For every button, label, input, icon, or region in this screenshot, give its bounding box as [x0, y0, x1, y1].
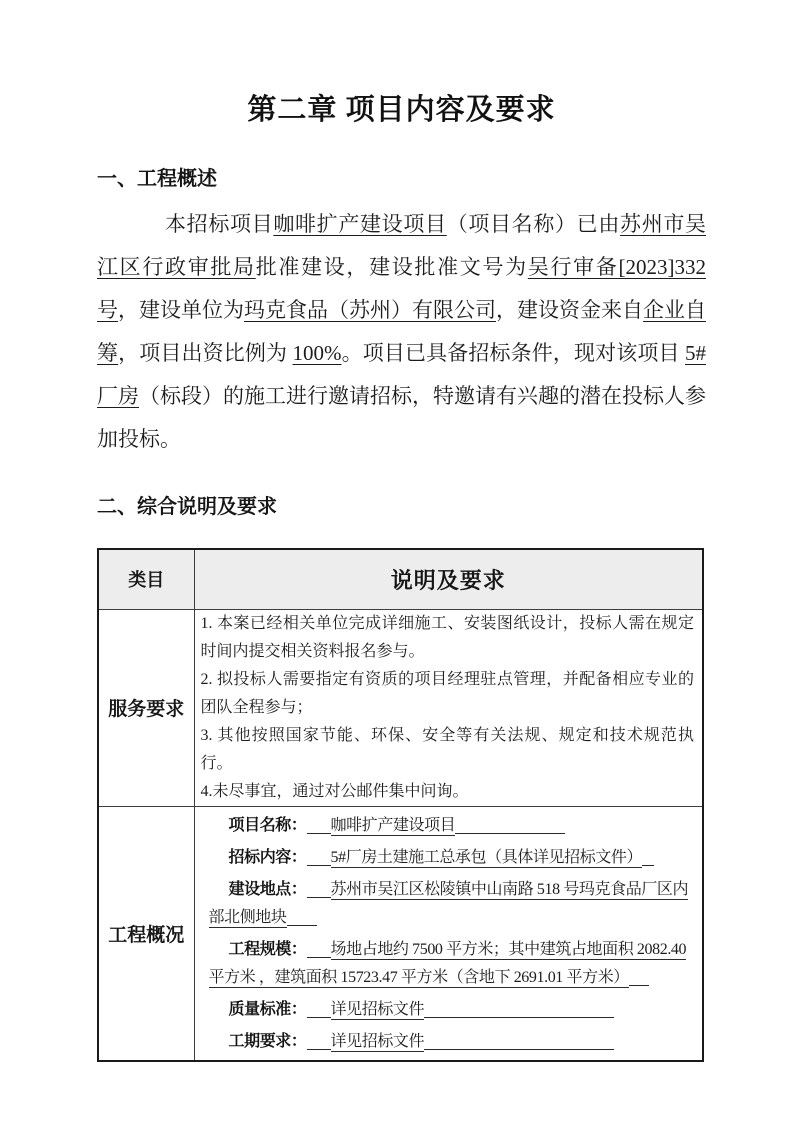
- table-header-category: 类目: [98, 549, 194, 609]
- underline-tail: [642, 849, 654, 866]
- profile-field: 建设地点：苏州市吴江区松陵镇中山南路 518 号玛克食品厂区内部北侧地块: [209, 876, 695, 932]
- paragraph-text: 。项目已具备招标条件，现对该项目: [342, 341, 686, 365]
- field-label: 建设地点：: [229, 881, 307, 898]
- service-requirements-cell: 1. 本案已经相关单位完成详细施工、安装图纸设计，投标人需在规定时间内提交相关资…: [194, 609, 703, 806]
- profile-field: 招标内容：5#厂房土建施工总承包（具体详见招标文件）: [209, 844, 695, 872]
- underline-tail: [424, 1033, 614, 1050]
- profile-field: 质量标准：详见招标文件: [209, 996, 695, 1024]
- table-header-row: 类目 说明及要求: [98, 549, 703, 609]
- field-label: 招标内容：: [229, 849, 307, 866]
- section-heading-general-requirements: 二、综合说明及要求: [97, 495, 706, 519]
- underline-gap: [307, 1001, 331, 1018]
- overview-paragraph: 本招标项目咖啡扩产建设项目（项目名称）已由苏州市吴江区行政审批局批准建设，建设批…: [97, 203, 706, 461]
- service-requirements-list: 1. 本案已经相关单位完成详细施工、安装图纸设计，投标人需在规定时间内提交相关资…: [201, 610, 695, 806]
- service-requirement-item: 3. 其他按照国家节能、环保、安全等有关法规、规定和技术规范执行。: [201, 722, 695, 778]
- profile-field: 工程规模：场地占地约 7500 平方米；其中建筑占地面积 2082.40 平方米…: [209, 936, 695, 992]
- page-title: 第二章 项目内容及要求: [97, 88, 706, 132]
- field-value: 咖啡扩产建设项目: [331, 817, 456, 836]
- field-label: 工期要求：: [229, 1033, 307, 1050]
- service-requirement-item: 1. 本案已经相关单位完成详细施工、安装图纸设计，投标人需在规定时间内提交相关资…: [201, 610, 695, 666]
- section-heading-project-overview: 一、工程概述: [97, 167, 706, 191]
- field-value: 5#厂房土建施工总承包（具体详见招标文件）: [331, 849, 643, 868]
- underline-gap: [307, 1033, 331, 1050]
- underline-tail: [424, 1001, 614, 1018]
- field-value: 详见招标文件: [331, 1001, 425, 1020]
- profile-field: 项目名称：咖啡扩产建设项目: [209, 812, 695, 840]
- category-cell-service: 服务要求: [98, 609, 194, 806]
- underlined-value: 咖啡扩产建设项目: [273, 212, 446, 236]
- field-label: 项目名称：: [229, 817, 307, 834]
- paragraph-text: （标段）的施工进行邀请招标，特邀请有兴趣的潜在投标人参加投标。: [97, 384, 706, 451]
- service-requirement-item: 2. 拟投标人需要指定有资质的项目经理驻点管理，并配备相应专业的团队全程参与；: [201, 666, 695, 722]
- project-profile-cell: 项目名称：咖啡扩产建设项目招标内容：5#厂房土建施工总承包（具体详见招标文件）建…: [194, 806, 703, 1061]
- underline-gap: [307, 817, 331, 834]
- category-cell-profile: 工程概况: [98, 806, 194, 1061]
- profile-field: 工期要求：详见招标文件: [209, 1028, 695, 1056]
- field-label: 质量标准：: [229, 1001, 307, 1018]
- requirements-table: 类目 说明及要求 服务要求 1. 本案已经相关单位完成详细施工、安装图纸设计，投…: [97, 548, 704, 1062]
- underline-gap: [307, 849, 331, 866]
- page-content: 第二章 项目内容及要求 一、工程概述 本招标项目咖啡扩产建设项目（项目名称）已由…: [0, 0, 800, 1062]
- paragraph-text: ，建设资金来自: [496, 298, 643, 322]
- underlined-value: 玛克食品（苏州）有限公司: [244, 298, 496, 322]
- underline-gap: [307, 881, 331, 898]
- paragraph-text: 批准建设，建设批准文号为: [256, 255, 528, 279]
- service-requirement-item: 4.未尽事宜，通过对公邮件集中问询。: [201, 778, 695, 806]
- field-label: 工程规模：: [229, 941, 307, 958]
- table-header-description: 说明及要求: [194, 549, 703, 609]
- document-page: 第二章 项目内容及要求 一、工程概述 本招标项目咖啡扩产建设项目（项目名称）已由…: [0, 0, 800, 1131]
- underline-gap: [307, 941, 331, 958]
- paragraph-text: （项目名称）已由: [447, 212, 620, 236]
- table-row-project-profile: 工程概况 项目名称：咖啡扩产建设项目招标内容：5#厂房土建施工总承包（具体详见招…: [98, 806, 703, 1061]
- paragraph-text: ，建设单位为: [118, 298, 244, 322]
- underline-tail: [455, 817, 565, 834]
- underlined-value: 100%: [293, 341, 342, 365]
- table-row-service-requirements: 服务要求 1. 本案已经相关单位完成详细施工、安装图纸设计，投标人需在规定时间内…: [98, 609, 703, 806]
- field-value: 详见招标文件: [331, 1033, 425, 1052]
- project-profile-fields: 项目名称：咖啡扩产建设项目招标内容：5#厂房土建施工总承包（具体详见招标文件）建…: [209, 812, 695, 1056]
- underline-tail: [629, 969, 649, 986]
- underline-tail: [287, 909, 317, 926]
- paragraph-text: ，项目出资比例为: [118, 341, 292, 365]
- paragraph-text: 本招标项目: [165, 212, 273, 236]
